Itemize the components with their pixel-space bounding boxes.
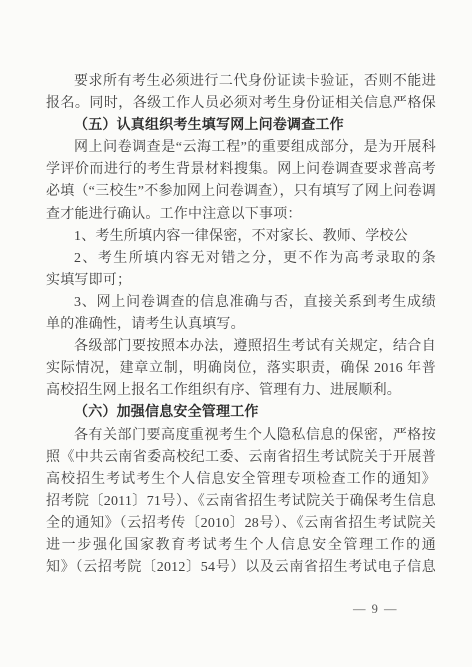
text-line: 必填（“三校生”不参加网上问卷调查），只有填写了网上问卷调 — [46, 181, 436, 203]
section-heading: （五）认真组织考生填写网上问卷调查工作 — [46, 115, 436, 137]
text-line: 3、网上问卷调查的信息准确与否，直接关系到考生成绩报告 — [46, 292, 436, 314]
text-line: 全的通知》（云招考传〔2010〕28号）、《云南省招生考试院关于 — [46, 513, 436, 535]
text-line: 各级部门要按照本办法，遵照招生考试有关规定，结合自身 — [46, 336, 436, 358]
text-line: 报名。同时，各级工作人员必须对考生身份证相关信息严格保密。 — [46, 93, 436, 115]
text-line: 知》（云招考院〔2012〕54号）以及云南省招生考试电子信息管 — [46, 557, 436, 579]
text-line: 各有关部门要高度重视考生个人隐私信息的保密，严格按 — [46, 425, 436, 447]
text-line: 查才能进行确认。工作中注意以下事项： — [46, 204, 436, 226]
text-line: 进一步强化国家教育考试考生个人信息安全管理工作的通 — [46, 535, 436, 557]
section-heading: （六）加强信息安全管理工作 — [46, 402, 436, 424]
text-line: 学评价而进行的考生背景材料搜集。网上问卷调查要求普高考生 — [46, 159, 436, 181]
page-number: — 9 — — [353, 602, 398, 616]
text-line: 实填写即可； — [46, 270, 436, 292]
text-line: 1、考生所填内容一律保密，不对家长、教师、学校公开； — [46, 226, 436, 248]
document-body: 要求所有考生必须进行二代身份证读卡验证，否则不能进行报名。同时，各级工作人员必须… — [46, 71, 436, 579]
text-line: 2、考生所填内容无对错之分，更不作为高考录取的条件，据 — [46, 248, 436, 270]
text-line: 单的准确性，请考生认真填写。 — [46, 314, 436, 336]
text-line: 招考院〔2011〕71号）、《云南省招生考试院关于确保考生信息安 — [46, 491, 436, 513]
scanned-document-page: 要求所有考生必须进行二代身份证读卡验证，否则不能进行报名。同时，各级工作人员必须… — [0, 0, 472, 667]
text-line: 要求所有考生必须进行二代身份证读卡验证，否则不能进行 — [46, 71, 436, 93]
text-line: 照《中共云南省委高校纪工委、云南省招生考试院关于开展普通 — [46, 447, 436, 469]
text-line: 实际情况，建章立制，明确岗位，落实职责，确保 2016 年普通 — [46, 358, 436, 380]
text-line: 高校招生网上报名工作组织有序、管理有力、进展顺利。 — [46, 380, 436, 402]
text-line: 网上问卷调查是“云海工程”的重要组成部分，是为开展科 — [46, 137, 436, 159]
text-line: 高校招生考试考生个人信息安全管理专项检查工作的通知》（云 — [46, 469, 436, 491]
